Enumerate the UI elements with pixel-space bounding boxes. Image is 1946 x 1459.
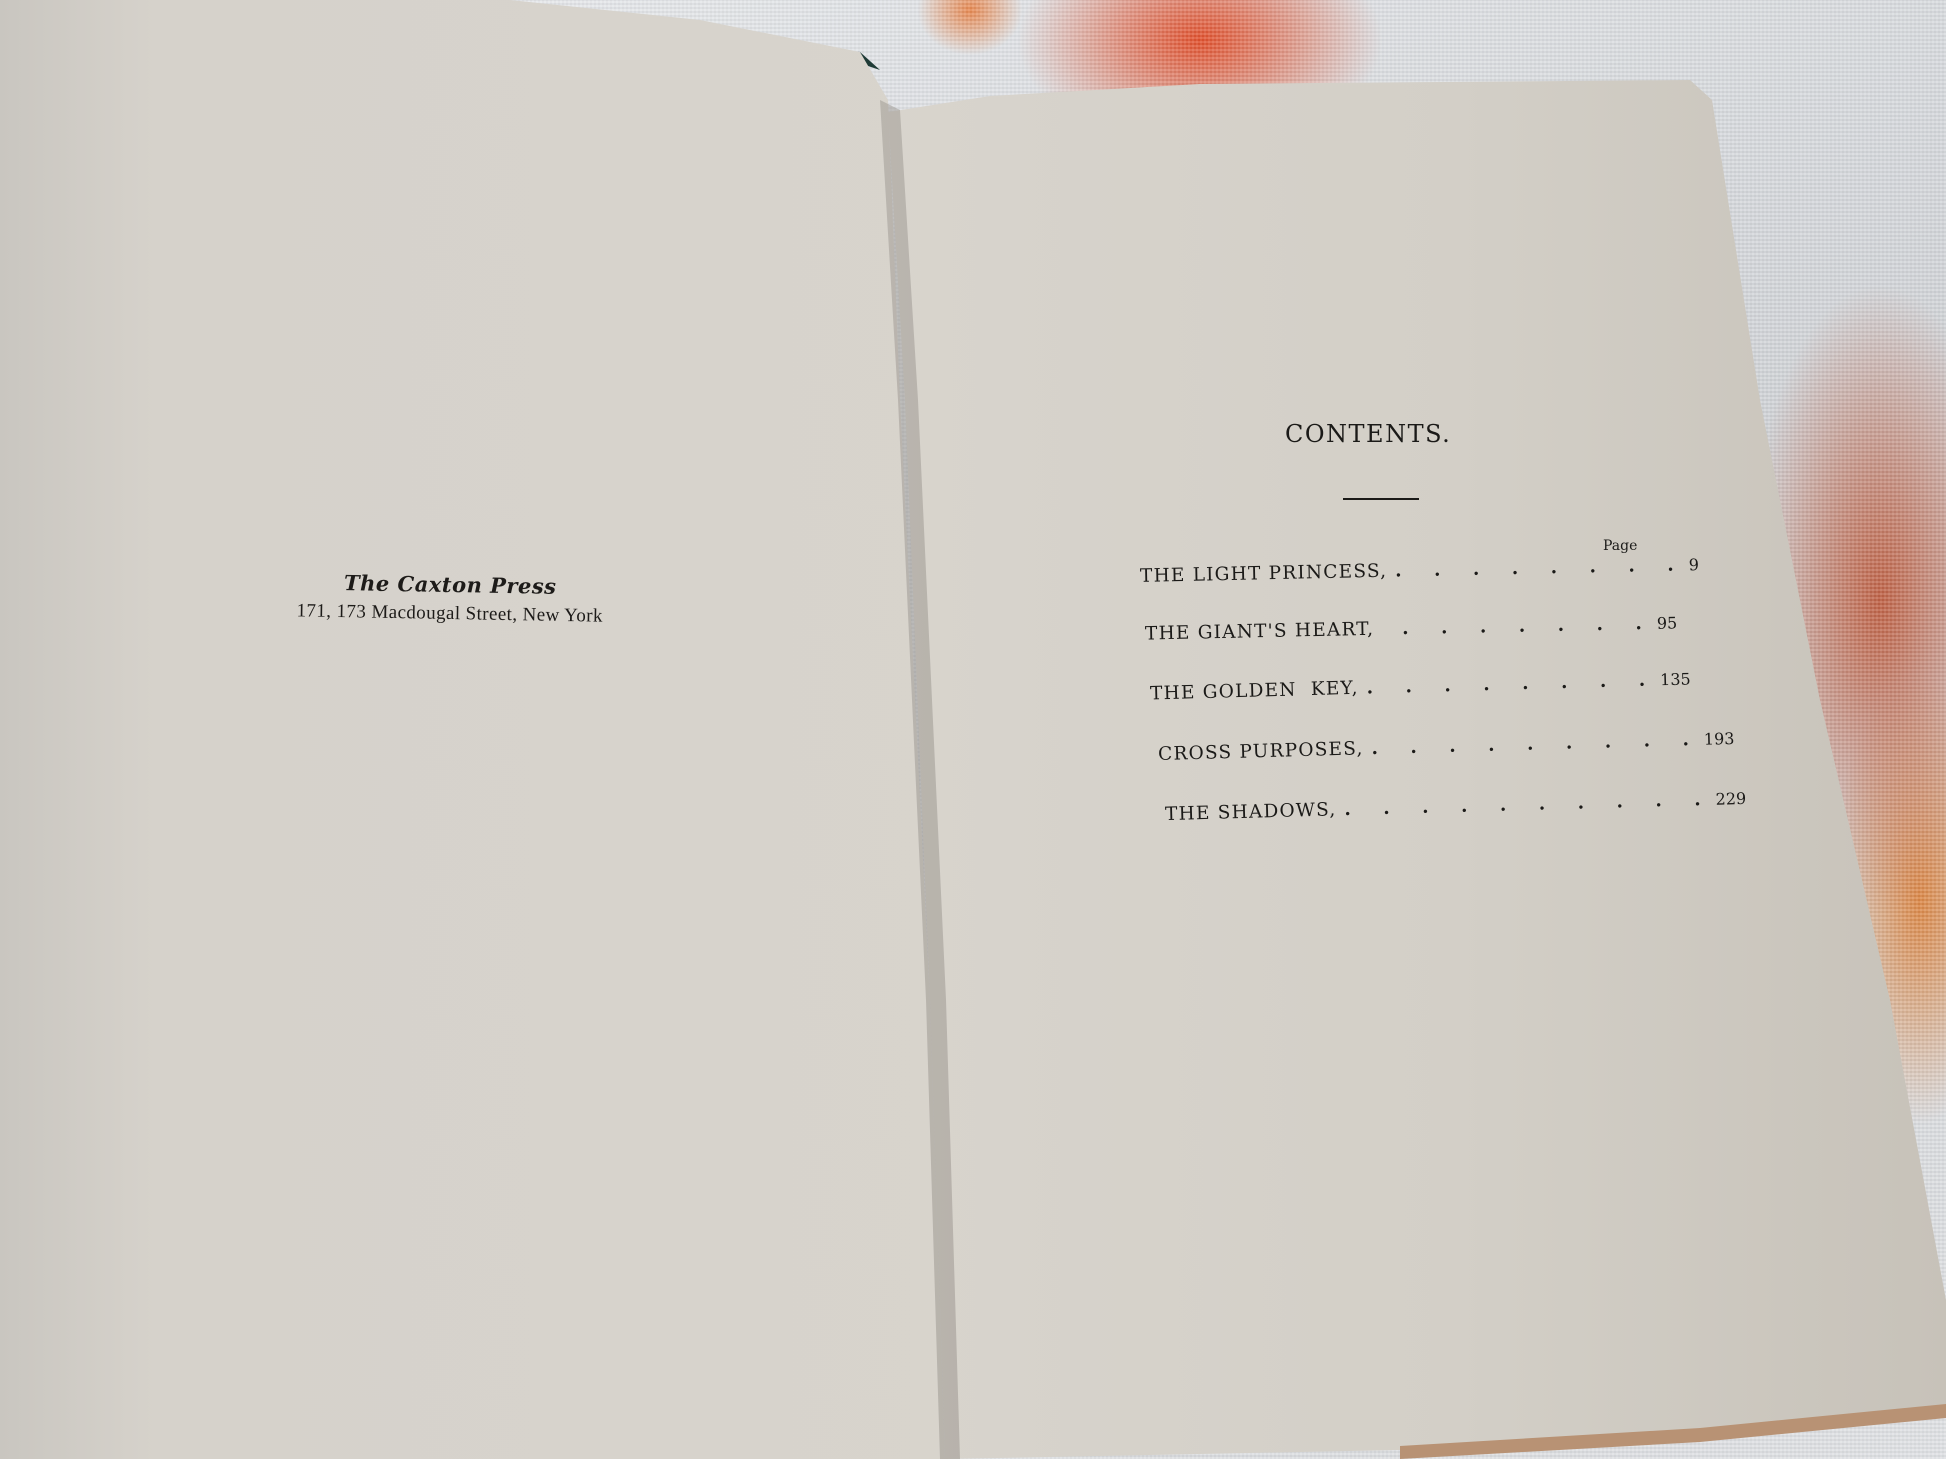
page-column-label: Page (1603, 538, 1637, 554)
toc-page-number: 229 (1715, 789, 1746, 809)
photo-scene: The Caxton Press 171, 173 Macdougal Stre… (0, 0, 1946, 1459)
toc-page-number: 95 (1657, 613, 1678, 632)
publisher-imprint: The Caxton Press 171, 173 Macdougal Stre… (250, 569, 651, 629)
heading-rule (1343, 498, 1419, 500)
contents-heading: CONTENTS. (1285, 420, 1451, 448)
toc-page-number: 193 (1704, 729, 1735, 749)
toc-page-number: 135 (1660, 669, 1691, 689)
toc-page-number: 9 (1689, 555, 1700, 574)
